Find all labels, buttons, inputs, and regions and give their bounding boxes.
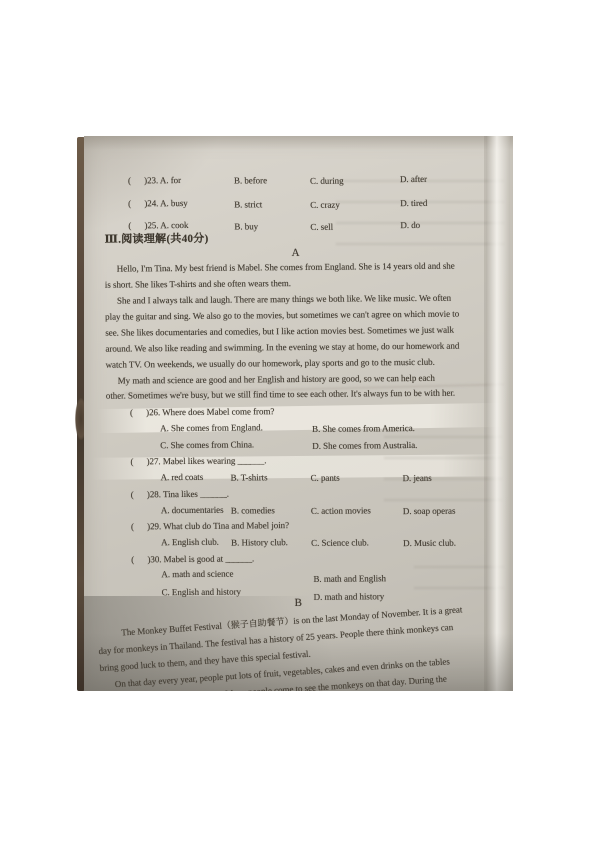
question-29-option-a: A. English club. xyxy=(161,537,219,549)
passage-a-line: other. Sometimes we're busy, but we stil… xyxy=(106,388,455,402)
passage-a-line: play the guitar and sing. We also go to … xyxy=(105,309,459,323)
question-30-option-a: A. math and science xyxy=(161,569,233,581)
cloze-row-24-option-b: B. strict xyxy=(234,199,262,210)
question-28-option-a: A. documentaries xyxy=(161,505,224,517)
cloze-row-23-option-b: B. before xyxy=(234,175,267,186)
question-29-option-c: C. Science club. xyxy=(311,537,369,549)
passage-a-label: A xyxy=(292,248,300,259)
question-27-option-b: B. T-shirts xyxy=(231,472,268,483)
question-28-option-c: C. action movies xyxy=(311,505,371,517)
passage-a-line: Hello, I'm Tina. My best friend is Mabel… xyxy=(117,261,455,275)
question-27-option-c: C. pants xyxy=(311,473,340,484)
question-29-stem: ( )29. What club do Tina and Mabel join? xyxy=(131,520,289,532)
passage-b: The Monkey Buffet Festival（猴子自助餐节）is on … xyxy=(97,593,513,691)
question-26-option-b: B. She comes from America. xyxy=(312,423,415,435)
cloze-row-24-option-c: C. crazy xyxy=(310,200,340,211)
cloze-row-23-stem: ( )23. A. for xyxy=(128,175,181,186)
cloze-row-23-option-c: C. during xyxy=(310,176,344,187)
question-26-stem: ( )26. Where does Mabel come from? xyxy=(130,406,274,418)
question-30-option-b: B. math and English xyxy=(313,573,386,585)
photo-of-exam-page: { "cloze": { "rows": [ { "stem": "( )23.… xyxy=(0,0,595,842)
passage-a-line: watch TV. On weekends, we usually do our… xyxy=(106,357,435,371)
cloze-row-25-option-c: C. sell xyxy=(310,222,333,233)
question-26-option-a: A. She comes from England. xyxy=(160,422,263,434)
question-29-option-d: D. Music club. xyxy=(403,538,456,549)
question-28-option-d: D. soap operas xyxy=(403,506,456,517)
cloze-row-24-stem: ( )24. A. busy xyxy=(128,198,188,210)
cloze-row-25-option-b: B. buy xyxy=(234,221,258,232)
question-30-option-d: D. math and history xyxy=(314,591,385,603)
passage-a-line: is short. She likes T-shirts and she oft… xyxy=(105,278,291,291)
question-27-option-a: A. red coats xyxy=(161,472,204,483)
passage-a-line: My math and science are good and her Eng… xyxy=(118,373,435,387)
section-header-reading: Ⅲ.阅读理解(共40分) xyxy=(104,234,208,246)
question-27-option-d: D. jeans xyxy=(403,473,432,484)
question-26-option-c: C. She comes from China. xyxy=(160,439,254,451)
passage-a-line: around. We also like reading and swimmin… xyxy=(105,341,459,355)
question-28-stem: ( )28. Tina likes ______. xyxy=(131,489,229,501)
question-30-stem: ( )30. Mabel is good at ______. xyxy=(131,553,254,565)
cloze-row-23-option-d: D. after xyxy=(400,174,427,185)
cloze-row-25-stem: ( )25. A. cook xyxy=(128,220,188,232)
exam-paper: ( )23. A. for B. before C. during D. aft… xyxy=(84,136,513,691)
question-30-option-c: C. English and history xyxy=(162,587,241,599)
question-28-option-b: B. comedies xyxy=(231,505,275,516)
question-27-stem: ( )27. Mabel likes wearing ______. xyxy=(130,455,266,467)
passage-a-line: She and I always talk and laugh. There a… xyxy=(117,293,451,307)
cloze-row-25-option-d: D. do xyxy=(400,220,420,231)
cloze-row-24-option-d: D. tired xyxy=(400,198,427,209)
page-content: ( )23. A. for B. before C. during D. aft… xyxy=(84,136,513,691)
question-26-option-d: D. She comes from Australia. xyxy=(312,440,417,452)
passage-a-line: see. She likes documentaries and comedie… xyxy=(105,325,454,339)
question-29-option-b: B. History club. xyxy=(231,537,288,548)
